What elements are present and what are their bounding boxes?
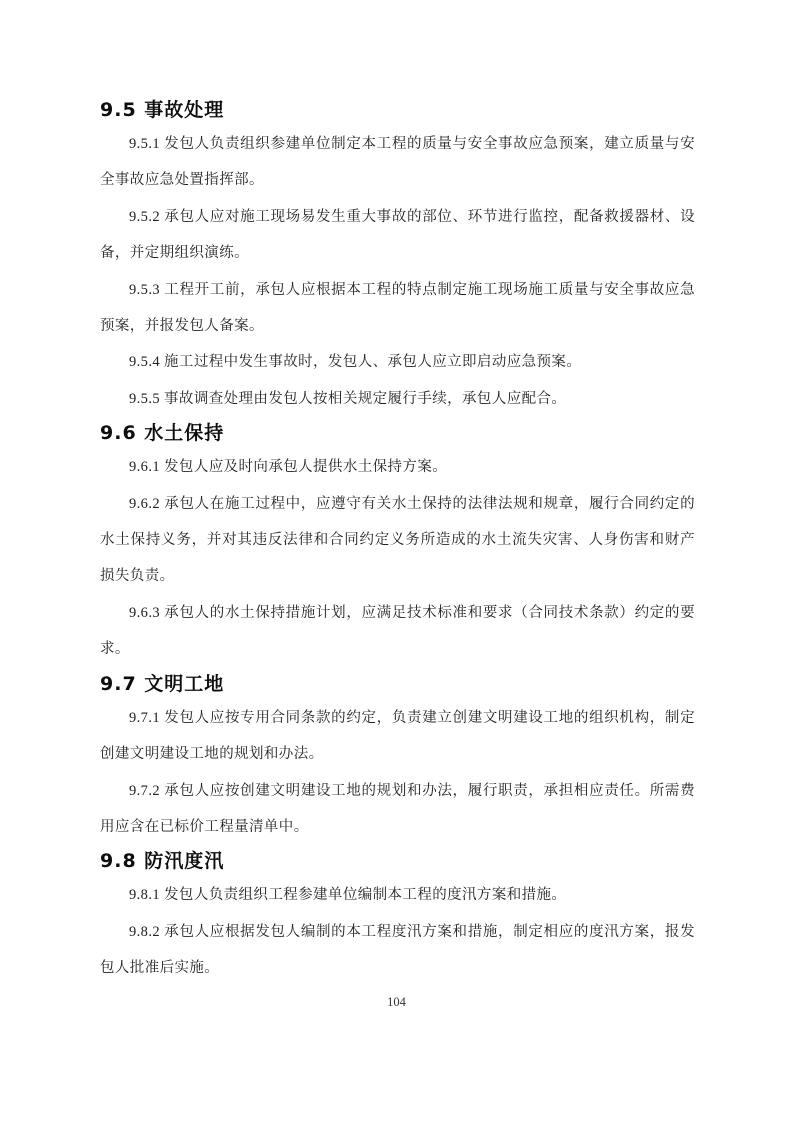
section-civilized-worksite: 9.7 文明工地 9.7.1 发包人应按专用合同条款的约定，负责建立创建文明建设… xyxy=(100,668,695,846)
document-page: 9.5 事故处理 9.5.1 发包人负责组织参建单位制定本工程的质量与安全事故应… xyxy=(0,0,793,1122)
section-heading: 9.8 防汛度汛 xyxy=(100,845,695,877)
section-heading: 9.6 水土保持 xyxy=(100,417,695,449)
paragraph: 9.6.2 承包人在施工过程中，应遵守有关水土保持的法律法规和规章，履行合同约定… xyxy=(100,486,695,595)
paragraph: 9.8.1 发包人负责组织工程参建单位编制本工程的度汛方案和措施。 xyxy=(100,877,695,913)
paragraph: 9.5.3 工程开工前，承包人应根据本工程的特点制定施工现场施工质量与安全事故应… xyxy=(100,272,695,345)
page-number: 104 xyxy=(0,995,793,1010)
paragraph: 9.5.1 发包人负责组织参建单位制定本工程的质量与安全事故应急预案，建立质量与… xyxy=(100,126,695,199)
paragraph: 9.5.2 承包人应对施工现场易发生重大事故的部位、环节进行监控，配备救援器材、… xyxy=(100,199,695,272)
paragraph: 9.6.1 发包人应及时向承包人提供水土保持方案。 xyxy=(100,449,695,485)
paragraph: 9.7.1 发包人应按专用合同条款的约定，负责建立创建文明建设工地的组织机构，制… xyxy=(100,700,695,773)
paragraph: 9.5.5 事故调查处理由发包人按相关规定履行手续，承包人应配合。 xyxy=(100,381,695,417)
section-flood-control: 9.8 防汛度汛 9.8.1 发包人负责组织工程参建单位编制本工程的度汛方案和措… xyxy=(100,845,695,986)
paragraph: 9.5.4 施工过程中发生事故时，发包人、承包人应立即启动应急预案。 xyxy=(100,344,695,380)
section-heading: 9.7 文明工地 xyxy=(100,668,695,700)
paragraph: 9.7.2 承包人应按创建文明建设工地的规划和办法，履行职责，承担相应责任。所需… xyxy=(100,773,695,846)
paragraph: 9.6.3 承包人的水土保持措施计划，应满足技术标准和要求（合同技术条款）约定的… xyxy=(100,595,695,668)
paragraph: 9.8.2 承包人应根据发包人编制的本工程度汛方案和措施，制定相应的度汛方案，报… xyxy=(100,914,695,987)
section-soil-conservation: 9.6 水土保持 9.6.1 发包人应及时向承包人提供水土保持方案。 9.6.2… xyxy=(100,417,695,667)
section-heading: 9.5 事故处理 xyxy=(100,94,695,126)
section-accident-handling: 9.5 事故处理 9.5.1 发包人负责组织参建单位制定本工程的质量与安全事故应… xyxy=(100,94,695,417)
